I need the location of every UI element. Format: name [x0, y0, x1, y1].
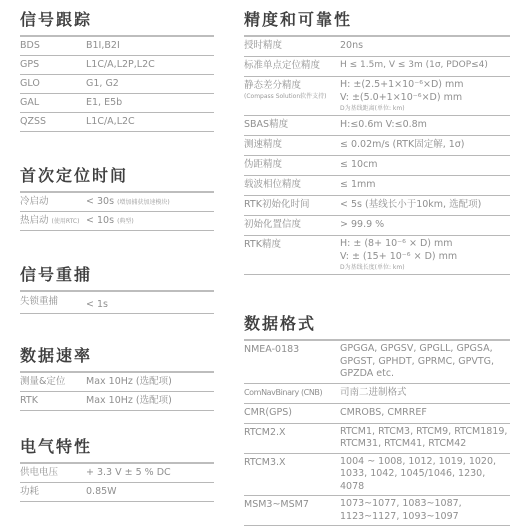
table-row: 初始化置信度 > 99.9 %: [244, 216, 510, 236]
table-row: GAL E1, E5b: [20, 94, 214, 113]
value-line: H: ± (8+ 10⁻⁶ × D) mm: [340, 238, 510, 251]
table-row: 测速精度 ≤ 0.02m/s (RTK固定解, 1σ): [244, 136, 510, 156]
row-value: < 30s (增加捕获加速模块): [86, 195, 214, 209]
table-row: RTK初始化时间 < 5s (基线长小于10km, 选配项): [244, 196, 510, 216]
row-value: Max 10Hz (选配项): [86, 394, 214, 408]
section-title: 精度和可靠性: [244, 8, 510, 37]
row-value: H ≤ 1.5m, V ≤ 3m (1σ, PDOP≤4): [340, 59, 510, 74]
row-value: < 5s (基线长小于10km, 选配项): [340, 198, 510, 213]
table-row: RTCM2.X RTCM1, RTCM3, RTCM9, RTCM1819, R…: [244, 424, 510, 454]
value-line: V: ± (15+ 10⁻⁶ × D) mm: [340, 251, 510, 264]
table-row: 标准单点定位精度 H ≤ 1.5m, V ≤ 3m (1σ, PDOP≤4): [244, 57, 510, 77]
table-row: ComNavBinary (CNB) 司南二进制格式: [244, 384, 510, 404]
section-title: 电气特性: [20, 435, 214, 464]
table-row: 功耗 0.85W: [20, 483, 214, 502]
value-note: D为基线距离(单位: km): [340, 104, 510, 113]
table-row: RTK Max 10Hz (选配项): [20, 392, 214, 411]
row-label: 冷启动: [20, 195, 86, 209]
row-label: CMR(GPS): [244, 406, 340, 421]
table-row: 热启动 (使用RTC) < 10s (典型): [20, 212, 214, 231]
row-label: RTCM2.X: [244, 426, 340, 451]
section-accuracy: 精度和可靠性 授时精度 20ns 标准单点定位精度 H ≤ 1.5m, V ≤ …: [244, 8, 510, 275]
section-data-format: 数据格式 NMEA-0183 GPGGA, GPGSV, GPGLL, GPGS…: [244, 312, 510, 526]
table-row: 测量&定位 Max 10Hz (选配项): [20, 373, 214, 392]
table-row: MSM3~MSM7 1073~1077, 1083~1087, 1123~112…: [244, 496, 510, 526]
row-value-text: < 10s: [86, 215, 114, 226]
row-label: 功耗: [20, 485, 86, 499]
row-label: RTK初始化时间: [244, 198, 340, 213]
row-label-note: (Compass Solution软件支持): [244, 92, 340, 101]
row-value: < 10s (典型): [86, 214, 214, 228]
section-ttff: 首次定位时间 冷启动 < 30s (增加捕获加速模块) 热启动 (使用RTC) …: [20, 164, 214, 231]
row-label: 伪距精度: [244, 158, 340, 173]
row-value: ≤ 10cm: [340, 158, 510, 173]
row-value-note: (增加捕获加速模块): [117, 199, 170, 206]
row-label: 测量&定位: [20, 375, 86, 389]
table-row: 载波相位精度 ≤ 1mm: [244, 176, 510, 196]
row-label: NMEA-0183: [244, 343, 340, 381]
row-label: BDS: [20, 39, 86, 53]
row-label: 热启动 (使用RTC): [20, 214, 86, 228]
section-electrical: 电气特性 供电电压 + 3.3 V ± 5 % DC 功耗 0.85W: [20, 435, 214, 502]
row-value: E1, E5b: [86, 96, 214, 110]
row-label-text: 冷启动: [20, 196, 49, 207]
row-value: L1C/A,L2P,L2C: [86, 58, 214, 72]
section-reacquisition: 信号重捕 失锁重捕 < 1s: [20, 263, 214, 314]
table-row: QZSS L1C/A,L2C: [20, 113, 214, 132]
row-label: QZSS: [20, 115, 86, 129]
row-label-text: 热启动: [20, 215, 49, 226]
row-value: RTCM1, RTCM3, RTCM9, RTCM1819, RTCM31, R…: [340, 426, 510, 451]
row-label: 测速精度: [244, 138, 340, 153]
row-value: + 3.3 V ± 5 % DC: [86, 466, 214, 480]
row-value: CMROBS, CMRREF: [340, 406, 510, 421]
row-label: GPS: [20, 58, 86, 72]
table-row: 伪距精度 ≤ 10cm: [244, 156, 510, 176]
row-value: 司南二进制格式: [340, 386, 510, 401]
row-label: GLO: [20, 77, 86, 91]
row-label: 供电电压: [20, 466, 86, 480]
row-value-text: < 30s: [86, 196, 114, 207]
row-label-note: (使用RTC): [52, 218, 80, 225]
row-value: H: ± (8+ 10⁻⁶ × D) mm V: ± (15+ 10⁻⁶ × D…: [340, 238, 510, 272]
row-label: RTK: [20, 394, 86, 408]
table-row: SBAS精度 H:≤0.6m V:≤0.8m: [244, 116, 510, 136]
section-title: 数据格式: [244, 312, 510, 341]
table-row: GLO G1, G2: [20, 75, 214, 94]
row-label: 初始化置信度: [244, 218, 340, 233]
table-row: NMEA-0183 GPGGA, GPGSV, GPGLL, GPGSA, GP…: [244, 341, 510, 384]
row-value: H:≤0.6m V:≤0.8m: [340, 118, 510, 133]
row-label: 静态差分精度 (Compass Solution软件支持): [244, 79, 340, 113]
row-label: ComNavBinary (CNB): [244, 386, 340, 401]
table-row: RTCM3.X 1004 ~ 1008, 1012, 1019, 1020, 1…: [244, 454, 510, 497]
row-label: RTCM3.X: [244, 456, 340, 494]
table-row: 失锁重捕 < 1s: [20, 292, 214, 314]
row-value: G1, G2: [86, 77, 214, 91]
section-signal-tracking: 信号跟踪 BDS B1I,B2I GPS L1C/A,L2P,L2C GLO G…: [20, 8, 214, 132]
value-line: V: ±(5.0+1×10⁻⁶×D) mm: [340, 92, 510, 105]
section-title: 信号重捕: [20, 263, 214, 292]
row-label-text: 静态差分精度: [244, 80, 301, 91]
row-value: < 1s: [86, 295, 214, 311]
table-row: 冷启动 < 30s (增加捕获加速模块): [20, 193, 214, 212]
table-row: 授时精度 20ns: [244, 37, 510, 57]
row-value: 1073~1077, 1083~1087, 1123~1127, 1093~10…: [340, 498, 510, 523]
value-note: D为基线长度(单位: km): [340, 263, 510, 272]
row-value: GPGGA, GPGSV, GPGLL, GPGSA, GPGST, GPHDT…: [340, 343, 510, 381]
row-value: B1I,B2I: [86, 39, 214, 53]
section-title: 首次定位时间: [20, 164, 214, 193]
row-value: 1004 ~ 1008, 1012, 1019, 1020, 1033, 104…: [340, 456, 510, 494]
row-label: 失锁重捕: [20, 295, 86, 311]
table-row: BDS B1I,B2I: [20, 37, 214, 56]
row-value: L1C/A,L2C: [86, 115, 214, 129]
table-row: RTK精度 H: ± (8+ 10⁻⁶ × D) mm V: ± (15+ 10…: [244, 236, 510, 275]
row-label: GAL: [20, 96, 86, 110]
row-value: H: ±(2.5+1×10⁻⁶×D) mm V: ±(5.0+1×10⁻⁶×D)…: [340, 79, 510, 113]
row-label: 载波相位精度: [244, 178, 340, 193]
section-title: 数据速率: [20, 344, 214, 373]
row-label: MSM3~MSM7: [244, 498, 340, 523]
row-value: Max 10Hz (选配项): [86, 375, 214, 389]
row-value: 0.85W: [86, 485, 214, 499]
row-value: ≤ 1mm: [340, 178, 510, 193]
table-row: 静态差分精度 (Compass Solution软件支持) H: ±(2.5+1…: [244, 77, 510, 116]
table-row: GPS L1C/A,L2P,L2C: [20, 56, 214, 75]
section-data-rate: 数据速率 测量&定位 Max 10Hz (选配项) RTK Max 10Hz (…: [20, 344, 214, 411]
value-line: H: ±(2.5+1×10⁻⁶×D) mm: [340, 79, 510, 92]
row-label: RTK精度: [244, 238, 340, 272]
row-value: > 99.9 %: [340, 218, 510, 233]
section-title: 信号跟踪: [20, 8, 214, 37]
table-row: 供电电压 + 3.3 V ± 5 % DC: [20, 464, 214, 483]
row-value: 20ns: [340, 39, 510, 54]
table-row: CMR(GPS) CMROBS, CMRREF: [244, 404, 510, 424]
row-value-note: (典型): [117, 218, 134, 225]
row-label: 授时精度: [244, 39, 340, 54]
row-value: ≤ 0.02m/s (RTK固定解, 1σ): [340, 138, 510, 153]
row-label: SBAS精度: [244, 118, 340, 133]
row-label: 标准单点定位精度: [244, 59, 340, 74]
